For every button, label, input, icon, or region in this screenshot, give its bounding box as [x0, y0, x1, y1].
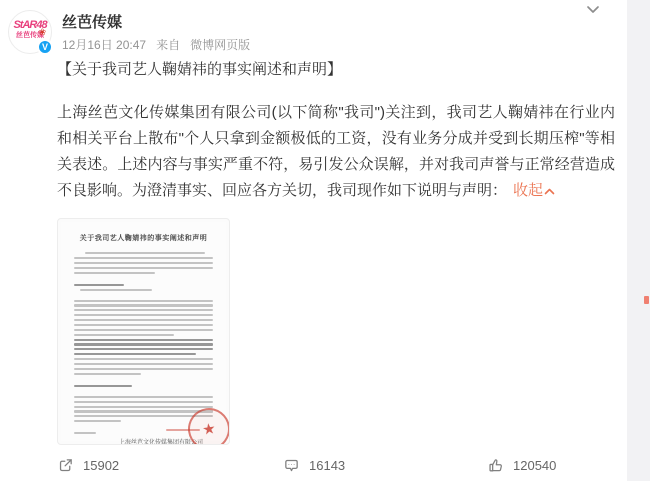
- document-page: 关于我司艺人鞠婧祎的事实阐述和声明 上海丝芭文化传媒集团有限公司 ★: [61, 222, 226, 441]
- like-button[interactable]: 120540: [487, 452, 556, 478]
- thumbs-up-icon: [487, 457, 504, 474]
- chevron-down-icon[interactable]: [583, 1, 603, 19]
- post-body: 上海丝芭文化传媒集团有限公司(以下简称"我司")关注到，我司艺人鞠婧祎在行业内和…: [57, 100, 615, 204]
- page-background-strip: [627, 0, 650, 481]
- post-meta: 12月16日 20:47 来自 微博网页版: [62, 36, 250, 53]
- post-title: 【关于我司艺人鞠婧祎的事实阐述和声明】: [57, 57, 615, 83]
- weibo-post-card: { "colors": { "accent_orange": "#eb7350"…: [0, 0, 650, 481]
- repost-button[interactable]: 15902: [57, 452, 119, 478]
- timestamp: 12月16日 20:47: [62, 38, 146, 52]
- source-link[interactable]: 微博网页版: [190, 38, 250, 52]
- document-text-lines: [74, 252, 213, 434]
- verified-badge-icon: V: [37, 39, 53, 55]
- comment-bubble-icon: [283, 457, 300, 474]
- comment-count: 16143: [309, 458, 345, 473]
- clipped-element-fragment: [644, 296, 649, 304]
- document-title: 关于我司艺人鞠婧祎的事实阐述和声明: [74, 233, 213, 243]
- repost-share-icon: [57, 457, 74, 474]
- post-content: 【关于我司艺人鞠婧祎的事实阐述和声明】 上海丝芭文化传媒集团有限公司(以下简称"…: [57, 57, 615, 204]
- rose-icon: ❀: [38, 27, 46, 38]
- like-count: 120540: [513, 458, 556, 473]
- repost-count: 15902: [83, 458, 119, 473]
- username[interactable]: 丝芭传媒: [62, 11, 122, 32]
- attachment-image[interactable]: 关于我司艺人鞠婧祎的事实阐述和声明 上海丝芭文化传媒集团有限公司 ★: [57, 218, 230, 445]
- collapse-link[interactable]: 收起: [513, 182, 555, 199]
- chevron-up-icon: [544, 187, 555, 196]
- comment-button[interactable]: 16143: [283, 452, 345, 478]
- source-prefix: 来自: [156, 38, 180, 52]
